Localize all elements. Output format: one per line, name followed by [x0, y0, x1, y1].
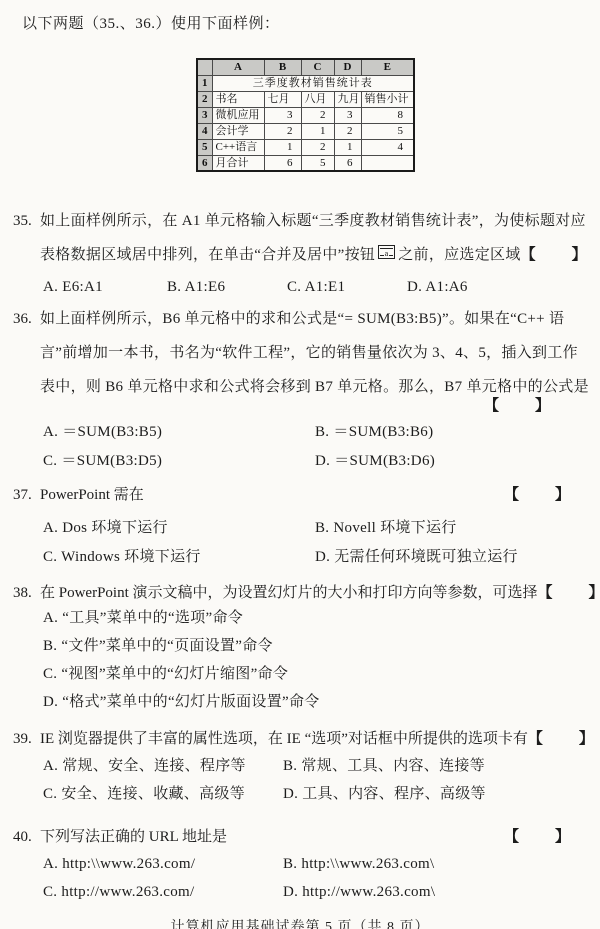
option-40-A: A. http:\\www.263.com/ [43, 850, 283, 878]
cell-C4: 1 [301, 123, 334, 139]
cell-B6: 6 [264, 155, 301, 171]
row-number: 4 [197, 123, 212, 139]
cell-D2: 九月 [334, 91, 361, 107]
cell-B3: 3 [264, 107, 301, 123]
answer-bracket: 【 】 [528, 722, 600, 756]
cell-D5: 1 [334, 139, 361, 155]
question-35: 35. 如上面样例所示，在 A1 单元格输入标题“三季度教材销售统计表”，为使标… [0, 204, 600, 302]
cell-B2: 七月 [264, 91, 301, 107]
option-35-C: C. A1:E1 [287, 272, 407, 302]
cell-E6 [361, 155, 414, 171]
sheet-row-1: 1 三季度教材销售统计表 [197, 75, 414, 91]
question-stem-line: IE 浏览器提供了丰富的属性选项，在 IE “选项”对话框中所提供的选项卡有 【… [40, 722, 580, 756]
option-37-D: D. 无需任何环境既可独立运行 [315, 543, 580, 572]
answer-bracket: 【 】 [504, 820, 580, 854]
answer-bracket: 【 】 [504, 478, 580, 512]
cell-E3: 8 [361, 107, 414, 123]
spreadsheet-table: A B C D E 1 三季度教材销售统计表 2 书名 七月 八月 九月 销售小… [196, 58, 415, 172]
question-39: 39. IE 浏览器提供了丰富的属性选项，在 IE “选项”对话框中所提供的选项… [0, 722, 600, 808]
sheet-corner-cell [197, 59, 212, 75]
cell-C5: 2 [301, 139, 334, 155]
question-38: 38. 在 PowerPoint 演示文稿中，为设置幻灯片的大小和打印方向等参数… [0, 576, 600, 716]
cell-B4: 2 [264, 123, 301, 139]
option-38-C: C. “视图”菜单中的“幻灯片缩图”命令 [43, 660, 580, 688]
options-35: A. E6:A1 B. A1:E6 C. A1:E1 D. A1:A6 [43, 272, 580, 302]
answer-bracket: 【 】 [484, 398, 552, 414]
question-number: 36. [13, 302, 32, 336]
question-stem-line: 如上面样例所示，B6 单元格中的求和公式是“= SUM(B3:B5)”。如果在“… [40, 302, 580, 336]
cell-C6: 5 [301, 155, 334, 171]
sheet-title-cell: 三季度教材销售统计表 [212, 75, 414, 91]
cell-A3: 微机应用 [212, 107, 264, 123]
row-number: 1 [197, 75, 212, 91]
column-header-B: B [264, 59, 301, 75]
option-36-B: B. ＝SUM(B3:B6) [315, 418, 580, 447]
cell-C3: 2 [301, 107, 334, 123]
question-stem-line: 下列写法正确的 URL 地址是 【 】 [40, 820, 580, 854]
question-stem-line: PowerPoint 需在 【 】 [40, 478, 580, 512]
sheet-row-6: 6 月合计 6 5 6 [197, 155, 414, 171]
row-number: 3 [197, 107, 212, 123]
question-36: 36. 如上面样例所示，B6 单元格中的求和公式是“= SUM(B3:B5)”。… [0, 302, 600, 476]
row-number: 2 [197, 91, 212, 107]
cell-A2: 书名 [212, 91, 264, 107]
sheet-row-4: 4 会计学 2 1 2 5 [197, 123, 414, 139]
svg-text:a: a [385, 249, 389, 258]
options-36: A. ＝SUM(B3:B5) B. ＝SUM(B3:B6) C. ＝SUM(B3… [43, 418, 580, 476]
intro-text: 以下两题（35.、36.）使用下面样例： [22, 14, 600, 34]
question-number: 40. [13, 820, 32, 854]
option-40-B: B. http:\\www.263.com\ [283, 850, 580, 878]
option-35-B: B. A1:E6 [167, 272, 287, 302]
question-number: 35. [13, 204, 32, 238]
question-number: 38. [13, 576, 32, 610]
options-40: A. http:\\www.263.com/ B. http:\\www.263… [43, 850, 580, 906]
sheet-row-5: 5 C++语言 1 2 1 4 [197, 139, 414, 155]
option-36-C: C. ＝SUM(B3:D5) [43, 447, 315, 476]
question-40: 40. 下列写法正确的 URL 地址是 【 】 A. http:\\www.26… [0, 820, 600, 906]
sheet-column-header-row: A B C D E [197, 59, 414, 75]
question-number: 37. [13, 478, 32, 512]
cell-E5: 4 [361, 139, 414, 155]
answer-bracket: 【 】 [538, 576, 600, 610]
cell-A6: 月合计 [212, 155, 264, 171]
column-header-A: A [212, 59, 264, 75]
column-header-E: E [361, 59, 414, 75]
row-number: 5 [197, 139, 212, 155]
option-36-A: A. ＝SUM(B3:B5) [43, 418, 315, 447]
option-37-B: B. Novell 环境下运行 [315, 514, 580, 543]
spreadsheet-sample: A B C D E 1 三季度教材销售统计表 2 书名 七月 八月 九月 销售小… [196, 58, 600, 172]
options-39: A. 常规、安全、连接、程序等 B. 常规、工具、内容、连接等 C. 安全、连接… [43, 752, 580, 808]
cell-D3: 3 [334, 107, 361, 123]
option-38-D: D. “格式”菜单中的“幻灯片版面设置”命令 [43, 688, 580, 716]
cell-E2: 销售小计 [361, 91, 414, 107]
exam-page: 以下两题（35.、36.）使用下面样例： A B C D E 1 三季度教材销售… [0, 0, 600, 929]
cell-E4: 5 [361, 123, 414, 139]
option-37-A: A. Dos 环境下运行 [43, 514, 315, 543]
answer-bracket: 【 】 [521, 238, 597, 272]
cell-D6: 6 [334, 155, 361, 171]
option-37-C: C. Windows 环境下运行 [43, 543, 315, 572]
option-35-A: A. E6:A1 [43, 272, 167, 302]
question-stem-line: 言”前增加一本书，书名为“软件工程”，它的销售量依次为 3、4、5，插入到工作 [40, 336, 580, 370]
row-number: 6 [197, 155, 212, 171]
option-39-D: D. 工具、内容、程序、高级等 [283, 780, 580, 808]
question-stem-line: 如上面样例所示，在 A1 单元格输入标题“三季度教材销售统计表”，为使标题对应 [40, 204, 580, 238]
option-38-B: B. “文件”菜单中的“页面设置”命令 [43, 632, 580, 660]
option-35-D: D. A1:A6 [407, 272, 580, 302]
cell-C2: 八月 [301, 91, 334, 107]
sheet-row-3: 3 微机应用 3 2 3 8 [197, 107, 414, 123]
sheet-row-2: 2 书名 七月 八月 九月 销售小计 [197, 91, 414, 107]
question-stem-line: 表格数据区域居中排列，在单击“合并及居中”按钮 a 之前，应选定区域 【 】 [40, 238, 580, 272]
question-number: 39. [13, 722, 32, 756]
option-39-B: B. 常规、工具、内容、连接等 [283, 752, 580, 780]
merge-center-icon: a [378, 238, 395, 272]
options-38: A. “工具”菜单中的“选项”命令 B. “文件”菜单中的“页面设置”命令 C.… [43, 604, 580, 716]
cell-A5: C++语言 [212, 139, 264, 155]
column-header-D: D [334, 59, 361, 75]
cell-B5: 1 [264, 139, 301, 155]
option-39-C: C. 安全、连接、收藏、高级等 [43, 780, 283, 808]
cell-A4: 会计学 [212, 123, 264, 139]
option-36-D: D. ＝SUM(B3:D6) [315, 447, 580, 476]
footer-page-label: 计算机应用基础试卷第 5 页（共 8 页） [0, 916, 600, 929]
option-40-C: C. http://www.263.com/ [43, 878, 283, 906]
options-37: A. Dos 环境下运行 B. Novell 环境下运行 C. Windows … [43, 514, 580, 572]
option-40-D: D. http://www.263.com\ [283, 878, 580, 906]
option-39-A: A. 常规、安全、连接、程序等 [43, 752, 283, 780]
question-37: 37. PowerPoint 需在 【 】 A. Dos 环境下运行 B. No… [0, 478, 600, 572]
column-header-C: C [301, 59, 334, 75]
cell-D4: 2 [334, 123, 361, 139]
